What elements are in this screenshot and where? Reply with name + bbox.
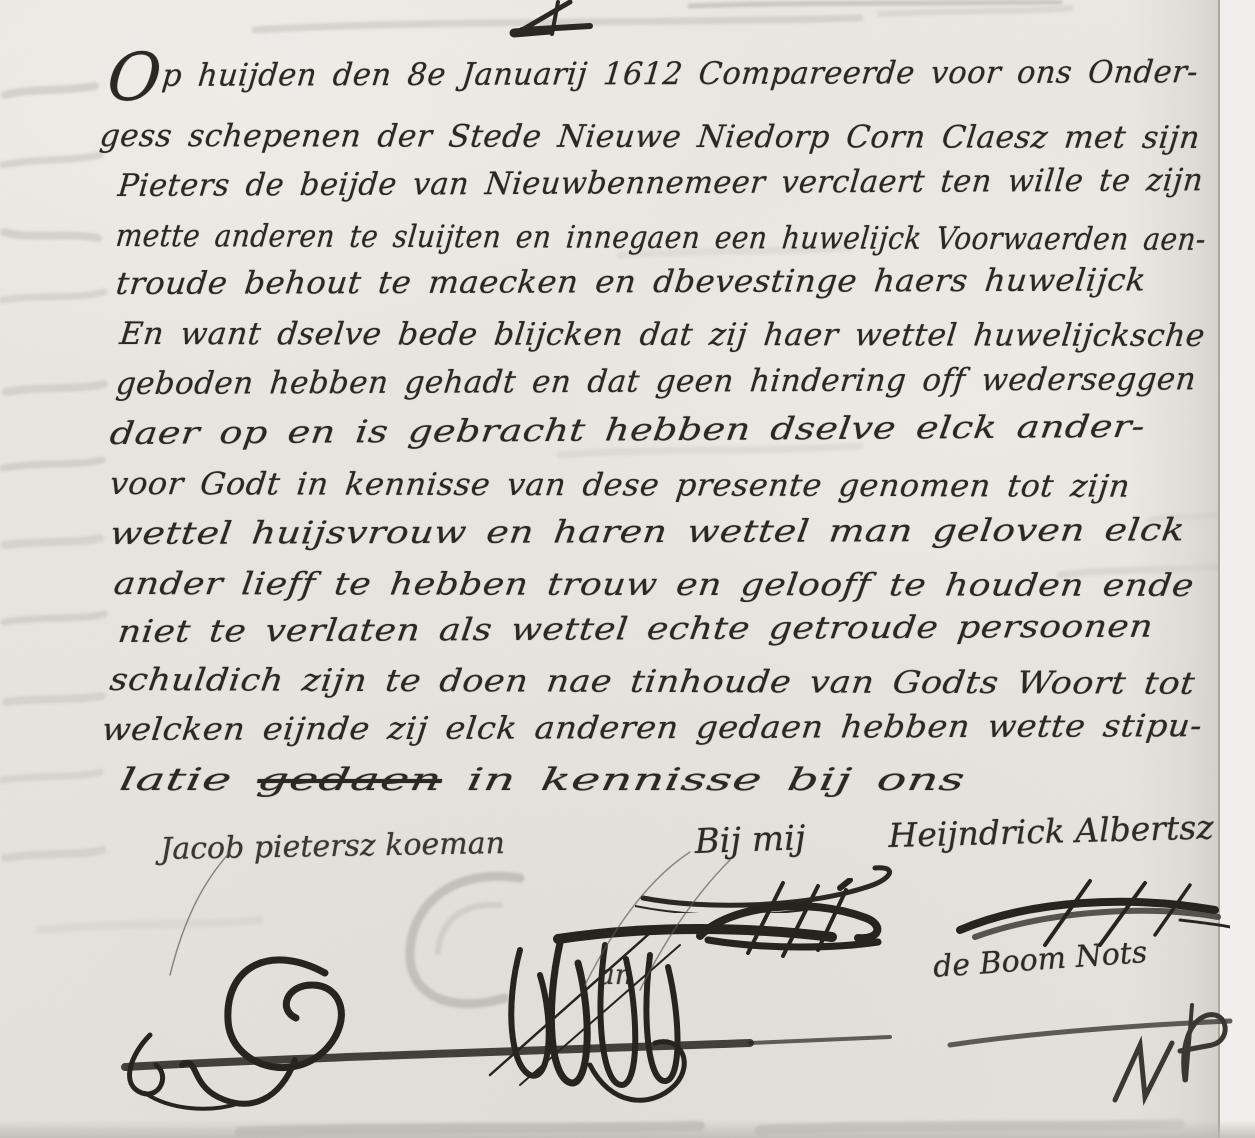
hairline-strokes (0, 0, 1255, 1138)
manuscript-page: Op huijden den 8e Januarij 1612 Comparee… (0, 0, 1255, 1138)
